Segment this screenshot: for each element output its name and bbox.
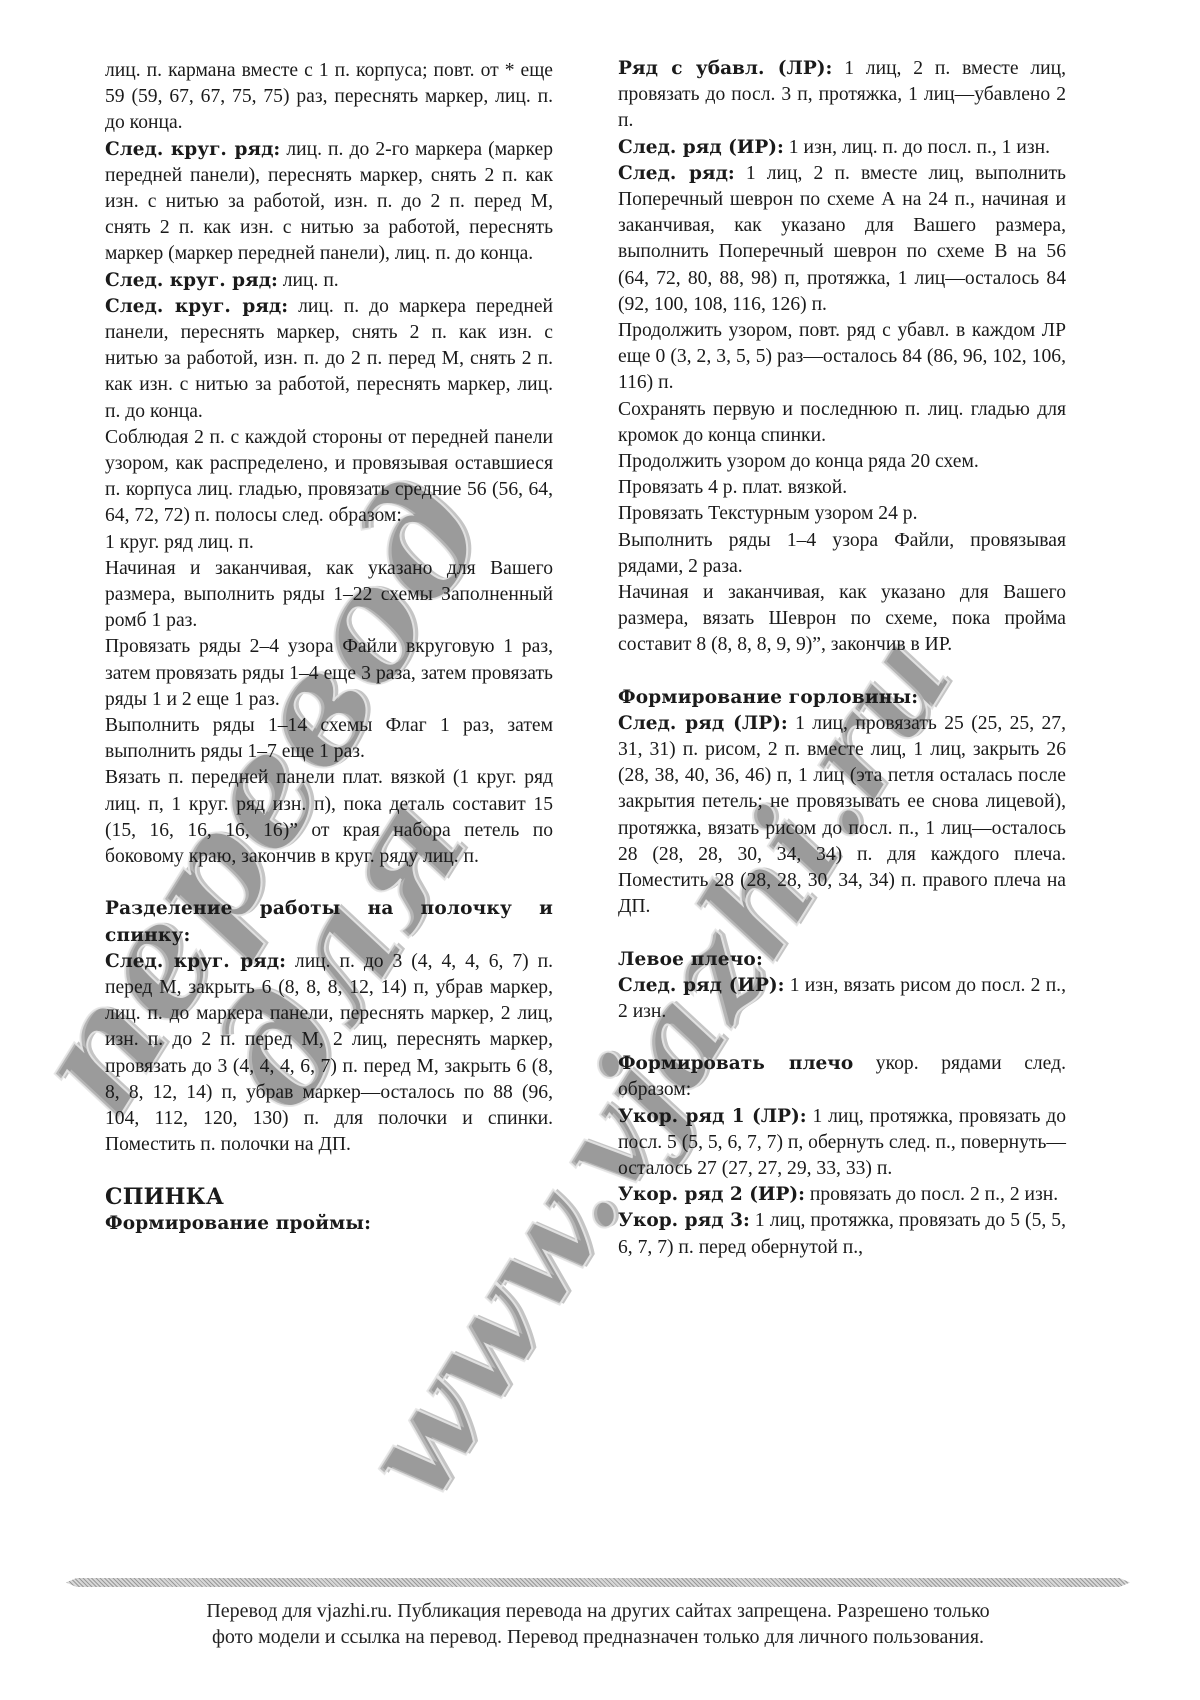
paragraph: 1 круг. ряд лиц. п. — [105, 530, 553, 556]
row-label: След. ряд (ИР): — [618, 975, 785, 996]
row-label: След. круг. ряд: — [105, 951, 286, 972]
paragraph: Начиная и заканчивая, как указано для Ва… — [618, 580, 1066, 659]
paragraph: След. ряд (ИР): 1 изн, лиц. п. до посл. … — [618, 135, 1066, 161]
paragraph: Провязать 4 р. плат. вязкой. — [618, 475, 1066, 501]
footer-divider — [66, 1578, 1130, 1587]
paragraph: Укор. ряд 1 (ЛР): 1 лиц, протяжка, провя… — [618, 1104, 1066, 1183]
row-text: провязать до посл. 2 п., 2 изн. — [805, 1184, 1058, 1205]
left-column: лиц. п. кармана вместе с 1 п. корпуса; п… — [105, 58, 553, 1237]
paragraph: След. круг. ряд: лиц. п. — [105, 268, 553, 294]
row-label: След. круг. ряд: — [105, 270, 278, 291]
paragraph: Укор. ряд 2 (ИР): провязать до посл. 2 п… — [618, 1182, 1066, 1208]
paragraph: След. круг. ряд: лиц. п. до маркера пере… — [105, 294, 553, 425]
footer-line: фото модели и ссылка на перевод. Перевод… — [66, 1624, 1130, 1650]
row-label: Укор. ряд 3: — [618, 1210, 750, 1231]
row-label: Ряд с убавл. (ЛР): — [618, 58, 832, 79]
row-text: 1 изн, лиц. п. до посл. п., 1 изн. — [784, 137, 1050, 158]
section-heading-neck: Формирование горловины: — [618, 685, 1066, 711]
row-text: лиц. п. до 3 (4, 4, 4, 6, 7) п. перед М,… — [105, 951, 553, 1155]
row-label: Укор. ряд 2 (ИР): — [618, 1184, 805, 1205]
row-label: След. ряд (ЛР): — [618, 713, 788, 734]
row-label: След. круг. ряд: — [105, 139, 280, 160]
paragraph: Формировать плечо укор. рядами след. обр… — [618, 1051, 1066, 1103]
paragraph: Провязать Текстурным узором 24 р. — [618, 501, 1066, 527]
paragraph: След. ряд (ЛР): 1 лиц, провязать 25 (25,… — [618, 711, 1066, 921]
row-label: Формировать плечо — [618, 1053, 853, 1074]
row-label: След. ряд: — [618, 163, 735, 184]
paragraph: След. ряд (ИР): 1 изн, вязать рисом до п… — [618, 973, 1066, 1025]
paragraph: След. ряд: 1 лиц, 2 п. вместе лиц, выпол… — [618, 161, 1066, 318]
section-heading-back: СПИНКА — [105, 1184, 553, 1210]
section-heading-divide: Разделение работы на полочку и спинку: — [105, 896, 553, 948]
row-label: След. ряд (ИР): — [618, 137, 784, 158]
paragraph: Выполнить ряды 1–4 узора Файли, провязыв… — [618, 528, 1066, 580]
paragraph: След. круг. ряд: лиц. п. до 2-го маркера… — [105, 137, 553, 268]
paragraph: Соблюдая 2 п. с каждой стороны от передн… — [105, 425, 553, 530]
document-page: перевод для www.vjazhi.ru лиц. п. карман… — [0, 0, 1200, 1700]
right-column: Ряд с убавл. (ЛР): 1 лиц, 2 п. вместе ли… — [618, 56, 1066, 1261]
paragraph: Укор. ряд 3: 1 лиц, протяжка, провязать … — [618, 1208, 1066, 1260]
spacer — [618, 1025, 1066, 1051]
spacer — [618, 659, 1066, 685]
footer-line: Перевод для vjazhi.ru. Публикация перево… — [66, 1598, 1130, 1624]
paragraph: Выполнить ряды 1–14 схемы Флаг 1 раз, за… — [105, 713, 553, 765]
row-text: 1 лиц, провязать 25 (25, 25, 27, 31, 31)… — [618, 713, 1066, 917]
paragraph: Ряд с убавл. (ЛР): 1 лиц, 2 п. вместе ли… — [618, 56, 1066, 135]
spacer — [105, 870, 553, 896]
section-heading-armhole: Формирование проймы: — [105, 1211, 553, 1237]
row-label: След. круг. ряд: — [105, 296, 288, 317]
paragraph: След. круг. ряд: лиц. п. до 3 (4, 4, 4, … — [105, 949, 553, 1159]
footer-notice: Перевод для vjazhi.ru. Публикация перево… — [66, 1598, 1130, 1650]
row-text: 1 лиц, 2 п. вместе лиц, выполнить Попере… — [618, 163, 1066, 315]
paragraph: лиц. п. кармана вместе с 1 п. корпуса; п… — [105, 58, 553, 137]
paragraph: Вязать п. передней панели плат. вязкой (… — [105, 765, 553, 870]
paragraph: Продолжить узором до конца ряда 20 схем. — [618, 449, 1066, 475]
paragraph: Провязать ряды 2–4 узора Файли вкруговую… — [105, 634, 553, 713]
row-text: лиц. п. — [278, 270, 339, 291]
spacer — [618, 921, 1066, 947]
row-label: Укор. ряд 1 (ЛР): — [618, 1106, 807, 1127]
paragraph: Сохранять первую и последнюю п. лиц. гла… — [618, 397, 1066, 449]
paragraph: Начиная и заканчивая, как указано для Ва… — [105, 556, 553, 635]
paragraph: Продолжить узором, повт. ряд с убавл. в … — [618, 318, 1066, 397]
spacer — [105, 1158, 553, 1184]
section-heading-left-shoulder: Левое плечо: — [618, 947, 1066, 973]
